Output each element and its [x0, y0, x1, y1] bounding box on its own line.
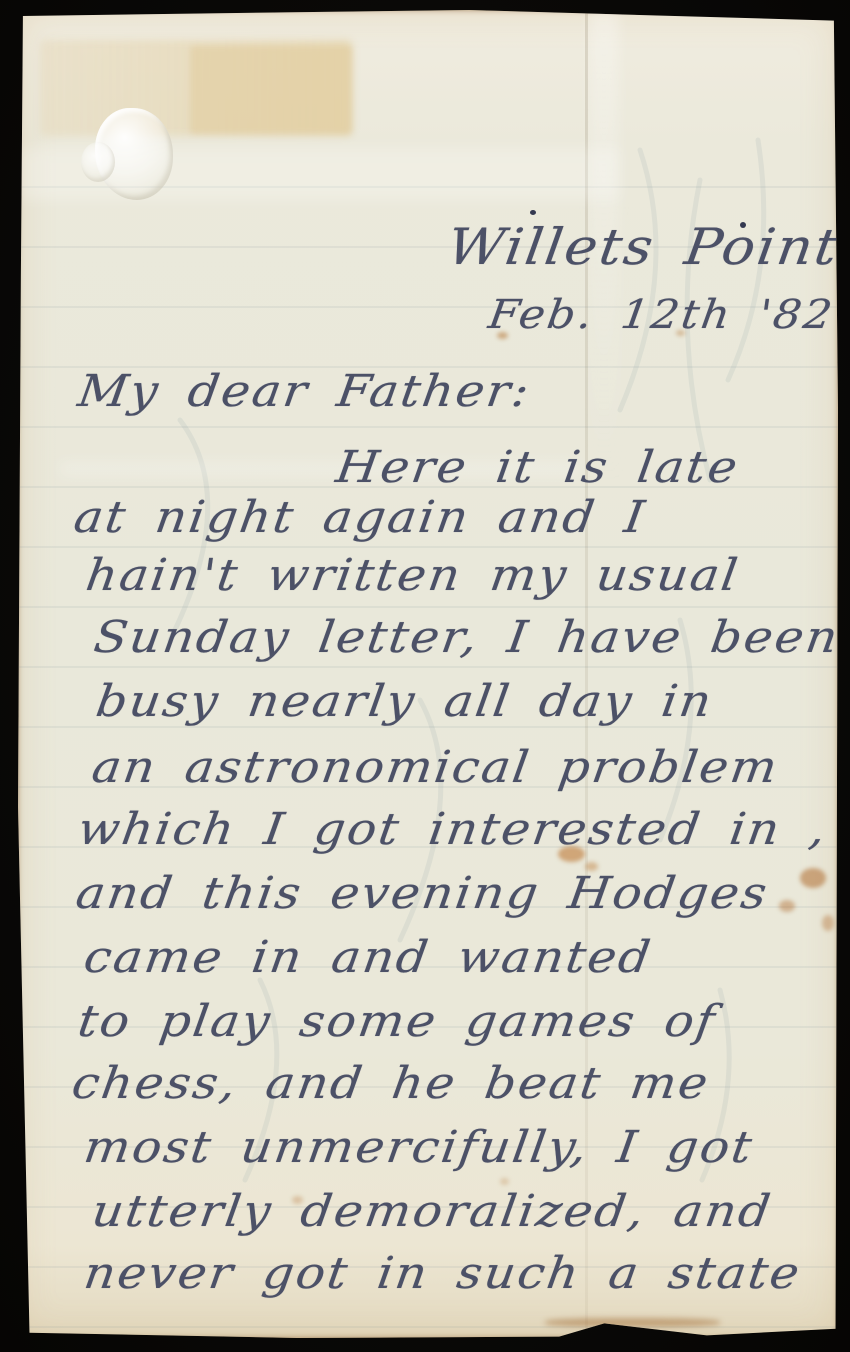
letter-line: which I got interested in ,	[75, 804, 831, 855]
letter-line: hain't written my usual	[83, 550, 743, 601]
photo-background: Willets PointFeb. 12th '82My dear Father…	[0, 0, 850, 1352]
letter-line: busy nearly all day in	[93, 676, 717, 727]
letter-page: Willets PointFeb. 12th '82My dear Father…	[18, 10, 838, 1338]
letter-line: came in and wanted	[81, 932, 656, 983]
letter-line: Feb. 12th '82	[486, 292, 837, 338]
letter-text: Willets PointFeb. 12th '82My dear Father…	[18, 10, 838, 1338]
letter-line: never got in such a state	[81, 1248, 805, 1299]
letter-line: utterly demoralized, and	[89, 1186, 776, 1237]
letter-line: chess, and he beat me	[69, 1058, 713, 1109]
letter-line: and this evening Hodges	[73, 868, 772, 919]
letter-line: Sunday letter, I have been	[91, 612, 843, 663]
letter-line: at night again and I	[71, 492, 650, 543]
letter-line: most unmercifully, I got	[81, 1122, 757, 1173]
letter-line: My dear Father:	[75, 366, 534, 417]
letter-line: an astronomical problem	[89, 742, 782, 793]
letter-line: Willets Point	[444, 218, 843, 276]
letter-line: Here it is late	[333, 442, 743, 493]
letter-line: to play some games of	[75, 996, 720, 1047]
